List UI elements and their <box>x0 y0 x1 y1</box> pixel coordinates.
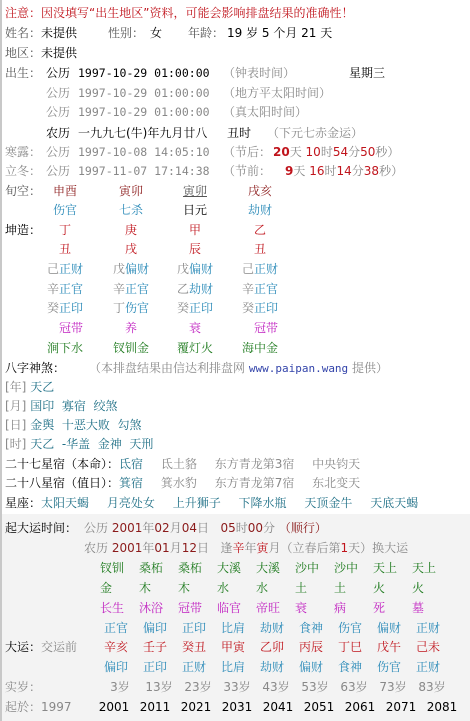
xunkong-day: 寅卯 <box>165 182 225 201</box>
xiu27-sky: 中央钧天 <box>312 457 360 471</box>
birth-datetime: 1997-10-29 01:00:00 <box>78 103 210 122</box>
birth-note: （钟表时间） <box>223 64 295 83</box>
shishen-hour: 劫财 <box>230 201 290 220</box>
term-prefix: （节后： <box>223 143 271 162</box>
region-label: 地区： <box>5 46 41 60</box>
zodiac-item: 天顶金牛 <box>304 496 352 510</box>
dayun-ages-line: 实岁： 3岁 13岁 23岁 33岁 43岁 53岁 63岁 73岁 83岁 <box>5 678 41 697</box>
dayun-ganzhi: 丙辰 <box>292 638 330 657</box>
ages-label: 实岁： <box>5 680 41 694</box>
hidden-stem: 己正财 <box>35 260 95 279</box>
xiu28-name: 箕宿 <box>119 476 143 490</box>
xunkong-year: 申酉 <box>35 182 95 201</box>
shensha-year: [年] 天乙 <box>5 378 54 397</box>
zodiac-item: 月亮处女 <box>107 496 155 510</box>
term-label: 寒露： <box>5 145 41 159</box>
term-prefix: （节前： <box>223 162 271 181</box>
term-datetime: 1997-10-08 14:05:10 <box>78 143 210 162</box>
shensha-label: 八字神煞： <box>5 361 65 375</box>
year-cell: 2011 <box>136 698 174 717</box>
age-cell: 13岁 <box>140 678 178 697</box>
dayun-pre-label: 交运前 <box>41 640 77 654</box>
age-value: 19 岁 5 个月 21 天 <box>227 24 332 43</box>
stem-day: 甲 <box>165 221 225 240</box>
stem-month: 庚 <box>101 221 161 240</box>
hidden-stem: 辛正官 <box>101 280 161 299</box>
shensha-items: 天乙 -华盖 金神 天刑 <box>30 437 153 451</box>
birth-datetime: 1997-10-29 01:00:00 <box>78 84 210 103</box>
years-label: 起於： <box>5 700 41 714</box>
dayun-ganzhi: 甲寅 <box>214 638 252 657</box>
xunkong-month: 寅卯 <box>101 182 161 201</box>
xiu27-name: 氐宿 <box>119 457 143 471</box>
age-cell: 83岁 <box>413 678 451 697</box>
zodiac-line: 星座：太阳天蝎 月亮处女 上升狮子 下降水瓶 天顶金牛 天底天蝎 <box>5 494 418 513</box>
shensha-row-label: [日] <box>5 418 26 432</box>
dayun-start-solar-date: 公历 2001年02月04日 05时00分 （顺行） <box>84 519 327 538</box>
xiu28-sky: 东北变天 <box>312 476 360 490</box>
zodiac-label: 星座： <box>5 496 41 510</box>
hidden-stem: 丁伤官 <box>101 299 161 318</box>
age-cell: 3岁 <box>101 678 139 697</box>
stems-line: 坤造： 丁 庚 甲 乙 <box>5 221 41 240</box>
term-offset: 9天 16时14分38秒） <box>285 162 403 181</box>
solar-term-lidong: 立冬： 公历 1997-11-07 17:14:38 （节前： 9天 16时14… <box>5 162 41 181</box>
year-cell: 2051 <box>300 698 338 717</box>
gender-value: 女 <box>150 24 162 43</box>
age-cell: 43岁 <box>257 678 295 697</box>
hidden-stem: 癸正印 <box>165 299 225 318</box>
xiu28-animal: 箕水豹 <box>161 476 197 490</box>
shishen-month: 七杀 <box>101 201 161 220</box>
notice-text: 因没填写“出生地区”资料，可能会影响排盘结果的准确性！ <box>41 6 353 20</box>
nayin-month: 钗钏金 <box>101 339 161 358</box>
nayin-day: 覆灯火 <box>165 339 225 358</box>
birth-year: 1997 <box>41 700 72 714</box>
stem-year: 丁 <box>35 221 95 240</box>
shensha-row-label: [年] <box>5 380 26 394</box>
credit: （本排盘结果由信达利排盘网 www.paipan.wang 提供） <box>89 359 388 378</box>
dayun-ganzhi: 戊午 <box>370 638 408 657</box>
shensha-items: 天乙 <box>30 380 54 394</box>
xunkong-line: 旬空： 申酉 寅卯 寅卯 戌亥 <box>5 182 41 201</box>
birth-line-clock: 出生： 公历 1997-10-29 01:00:00 （钟表时间） 星期三 <box>5 64 41 83</box>
shensha-day: [日] 金舆 十恶大败 勾煞 <box>5 416 141 435</box>
shensha-items: 金舆 十恶大败 勾煞 <box>30 418 141 432</box>
calendar-type: 公历 <box>46 103 70 122</box>
hidden-stem: 己正财 <box>230 260 290 279</box>
changsheng-day: 衰 <box>165 319 225 338</box>
shensha-header: 八字神煞： （本排盘结果由信达利排盘网 www.paipan.wang 提供） <box>5 359 65 378</box>
dayun-ganzhi: 乙卯 <box>253 638 291 657</box>
lunar-cal: 农历 <box>46 124 70 143</box>
changsheng-month: 养 <box>101 319 161 338</box>
xiu27-animal: 氐土貉 <box>161 457 197 471</box>
zodiac-item: 天底天蝎 <box>370 496 418 510</box>
age-cell: 63岁 <box>335 678 373 697</box>
age-cell: 53岁 <box>296 678 334 697</box>
xiu28-pos: 东方青龙第7宿 <box>215 476 295 490</box>
shishen-day: 日元 <box>165 201 225 220</box>
age-cell: 23岁 <box>179 678 217 697</box>
calendar-type: 公历 <box>46 143 70 162</box>
zodiac-item: 下降水瓶 <box>239 496 287 510</box>
hidden-stem: 癸正印 <box>230 299 290 318</box>
zodiac-item: 太阳天蝎 <box>41 496 89 510</box>
changsheng-year: 冠带 <box>41 319 101 338</box>
hidden-stem: 戊偏财 <box>101 260 161 279</box>
birth-datetime: 1997-10-29 01:00:00 <box>78 64 210 83</box>
name-label: 姓名： <box>5 26 41 40</box>
calendar-type: 公历 <box>46 162 70 181</box>
branch-month: 戌 <box>101 240 161 259</box>
dayun-start-solar: 起大运时间： 公历 2001年02月04日 05时00分 （顺行） <box>5 519 77 538</box>
gender-label: 性别： <box>108 24 144 43</box>
region-line: 地区：未提供 <box>5 44 77 63</box>
dayun-ganzhi: 丁巳 <box>331 638 369 657</box>
weekday: 星期三 <box>349 64 385 83</box>
hidden-stem: 癸正印 <box>35 299 95 318</box>
shishen-year: 伤官 <box>35 201 95 220</box>
notice-line: 注意：因没填写“出生地区”资料，可能会影响排盘结果的准确性！ <box>5 4 353 23</box>
year-cell: 2001 <box>95 698 133 717</box>
year-cell: 2071 <box>382 698 420 717</box>
age-cell: 73岁 <box>374 678 412 697</box>
nayin-year: 涧下水 <box>35 339 95 358</box>
stem-hour: 乙 <box>230 221 290 240</box>
notice-label: 注意： <box>5 6 41 20</box>
nayin-hour: 海中金 <box>230 339 290 358</box>
lunar-note: （下元七赤金运） <box>267 124 363 143</box>
dayun-start-label: 起大运时间： <box>5 521 77 535</box>
year-cell: 2021 <box>177 698 215 717</box>
term-datetime: 1997-11-07 17:14:38 <box>78 162 210 181</box>
dayun-ganzhi: 己未 <box>409 638 447 657</box>
dayun-ganzhi-line: 大运：交运前 辛亥 壬子 癸丑 甲寅 乙卯 丙辰 丁巳 戊午 己未 <box>5 638 77 657</box>
shensha-row-label: [月] <box>5 399 26 413</box>
dayun-label: 大运： <box>5 640 41 654</box>
dayun-ganzhi: 辛亥 <box>97 638 135 657</box>
dayun-ganzhi: 癸丑 <box>175 638 213 657</box>
dayun-years-line: 起於：1997 2001 2011 2021 2031 2041 2051 20… <box>5 698 72 717</box>
zodiac-item: 上升狮子 <box>173 496 221 510</box>
xiu27-label: 二十七星宿（本命）： <box>5 457 119 471</box>
xiu27-line: 二十七星宿（本命）：氐宿 氐土貉 东方青龙第3宿 中央钧天 <box>5 455 360 474</box>
lunar-date: 一九九七(牛)年九月廿八 <box>78 124 207 143</box>
birth-note: （真太阳时间） <box>223 103 307 122</box>
age-cell: 33岁 <box>218 678 256 697</box>
branch-day: 辰 <box>165 240 225 259</box>
shensha-month: [月] 国印 寡宿 绞煞 <box>5 397 117 416</box>
xunkong-hour: 戌亥 <box>230 182 290 201</box>
term-offset: 20天 10时54分50秒） <box>273 143 399 162</box>
xiu27-pos: 东方青龙第3宿 <box>215 457 295 471</box>
lunar-hour: 丑时 <box>227 124 251 143</box>
dayun-start-lunar-date: 农历 2001年01月12日 逢辛年寅月（立春后第1天）换大运 <box>84 539 408 558</box>
solar-term-hanlu: 寒露： 公历 1997-10-08 14:05:10 （节后： 20天 10时5… <box>5 143 41 162</box>
hidden-stem: 辛正官 <box>35 280 95 299</box>
shensha-row-label: [时] <box>5 437 26 451</box>
age-label: 年龄： <box>188 24 224 43</box>
birth-label: 出生： <box>5 66 41 80</box>
calendar-type: 公历 <box>46 64 70 83</box>
region-value: 未提供 <box>41 46 77 60</box>
shensha-hour: [时] 天乙 -华盖 金神 天刑 <box>5 435 153 454</box>
name-value: 未提供 <box>41 26 77 40</box>
shensha-items: 国印 寡宿 绞煞 <box>30 399 117 413</box>
credit-link[interactable]: www.paipan.wang <box>249 362 348 375</box>
year-cell: 2081 <box>423 698 461 717</box>
hidden-stem: 辛正官 <box>230 280 290 299</box>
term-label: 立冬： <box>5 164 41 178</box>
year-cell: 2061 <box>341 698 379 717</box>
calendar-type: 公历 <box>46 84 70 103</box>
changsheng-hour: 冠带 <box>236 319 296 338</box>
hidden-stem: 乙劫财 <box>165 280 225 299</box>
branch-year: 丑 <box>35 240 95 259</box>
branch-hour: 丑 <box>230 240 290 259</box>
hidden-stem: 戊偏财 <box>165 260 225 279</box>
xiu28-label: 二十八星宿（值日）： <box>5 476 119 490</box>
xiu28-line: 二十八星宿（值日）：箕宿 箕水豹 东方青龙第7宿 东北变天 <box>5 474 360 493</box>
dayun-ganzhi: 壬子 <box>136 638 174 657</box>
birth-note: （地方平太阳时间） <box>223 84 331 103</box>
year-cell: 2041 <box>259 698 297 717</box>
person-line: 姓名：未提供 性别： 女 年龄： 19 岁 5 个月 21 天 <box>5 24 77 43</box>
year-cell: 2031 <box>218 698 256 717</box>
